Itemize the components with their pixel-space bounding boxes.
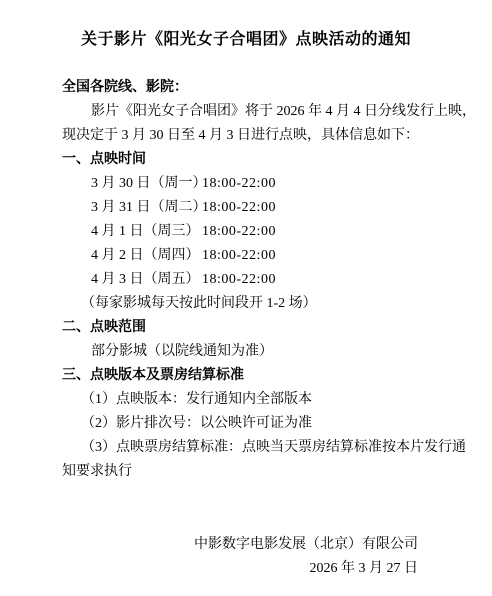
document-title: 关于影片《阳光女子合唱团》点映活动的通知 [0,0,492,52]
item-box-office-settlement-line-1: （3）点映票房结算标准：点映当天票房结算标准按本片发行通 [62,436,430,460]
schedule-time: 18:00-22:00 [202,200,276,215]
screening-scope-body: 部分影城（以院线通知为准） [62,340,430,364]
salutation: 全国各院线、影院： [62,76,430,100]
notice-document-page: 关于影片《阳光女子合唱团》点映活动的通知 全国各院线、影院： 影片《阳光女子合唱… [0,0,492,596]
schedule-row: 4 月 3 日（周五）18:00-22:00 [62,268,430,292]
item-box-office-settlement-line-2: 知要求执行 [62,460,430,484]
schedule-row: 4 月 1 日（周三）18:00-22:00 [62,220,430,244]
schedule-row: 4 月 2 日（周四）18:00-22:00 [62,244,430,268]
item-screening-version: （1）点映版本：发行通知内全部版本 [62,388,430,412]
schedule-time: 18:00-22:00 [202,248,276,263]
signature-company: 中影数字电影发展（北京）有限公司 [194,533,418,557]
intro-line-2: 现决定于 3 月 30 日至 4 月 3 日进行点映，具体信息如下： [62,124,430,148]
schedule-row: 3 月 30 日（周一）18:00-22:00 [62,172,430,196]
signature-date: 2026 年 3 月 27 日 [194,557,418,581]
schedule-date: 3 月 30 日（周一） [91,172,202,196]
section-heading-version-settlement: 三、点映版本及票房结算标准 [62,364,430,388]
schedule-row: 3 月 31 日（周二）18:00-22:00 [62,196,430,220]
intro-line-1: 影片《阳光女子合唱团》将于 2026 年 4 月 4 日分线发行上映， [62,100,430,124]
schedule-note: （每家影城每天按此时间段开 1-2 场） [62,292,430,316]
schedule-time: 18:00-22:00 [202,224,276,239]
schedule-time: 18:00-22:00 [202,176,276,191]
schedule-date: 4 月 2 日（周四） [91,244,202,268]
signature-block: 中影数字电影发展（北京）有限公司 2026 年 3 月 27 日 [194,533,418,581]
document-body: 全国各院线、影院： 影片《阳光女子合唱团》将于 2026 年 4 月 4 日分线… [62,76,430,484]
schedule-date: 4 月 3 日（周五） [91,268,202,292]
section-heading-screening-scope: 二、点映范围 [62,316,430,340]
section-heading-screening-time: 一、点映时间 [62,148,430,172]
schedule-date: 3 月 31 日（周二） [91,196,202,220]
item-film-sequence-number: （2）影片排次号：以公映许可证为准 [62,412,430,436]
schedule-time: 18:00-22:00 [202,272,276,287]
schedule-date: 4 月 1 日（周三） [91,220,202,244]
